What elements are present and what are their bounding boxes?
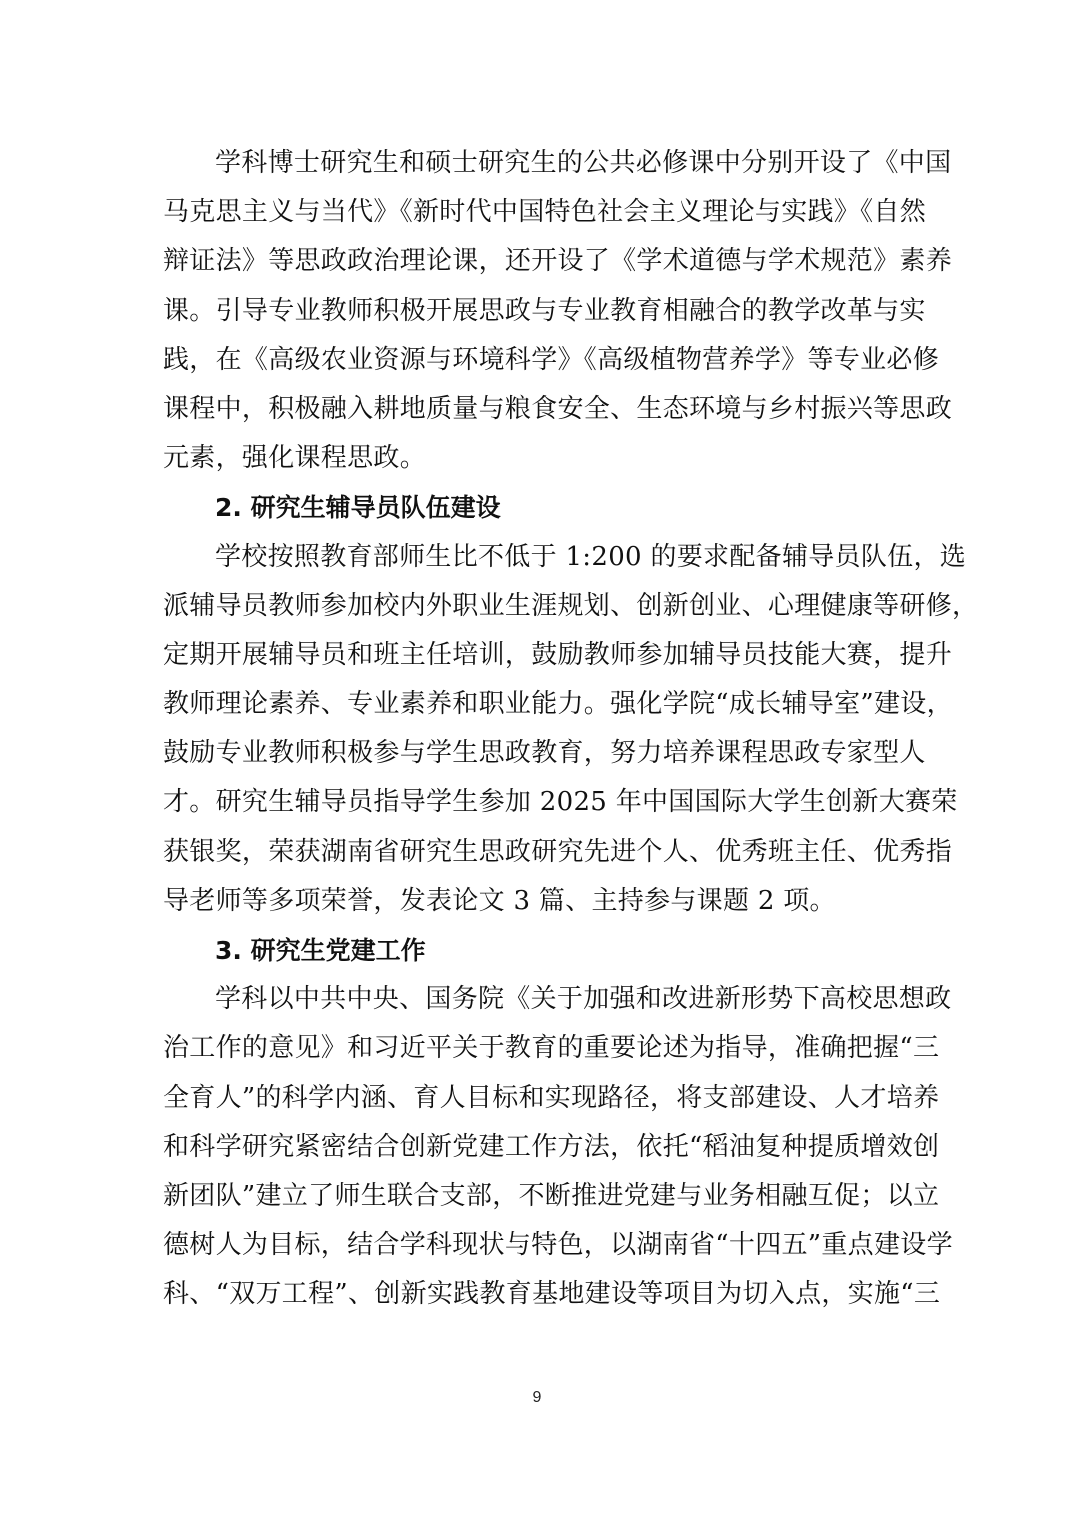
- text-line: 德树人为目标，结合学科现状与特色，以湖南省“十四五”重点建设学: [163, 1221, 915, 1270]
- text-line: 课。引导专业教师积极开展思政与专业教育相融合的教学改革与实: [163, 287, 915, 336]
- text-line: 治工作的意见》和习近平关于教育的重要论述为指导，准确把握“三: [163, 1024, 915, 1073]
- text-line: 新团队”建立了师生联合支部，不断推进党建与业务相融互促；以立: [163, 1172, 915, 1221]
- paragraph-counselor-team: 学校按照教育部师生比不低于 1:200 的要求配备辅导员队伍，选 派辅导员教师参…: [163, 533, 915, 927]
- text-line: 全育人”的科学内涵、育人目标和实现路径，将支部建设、人才培养: [163, 1074, 915, 1123]
- paragraph-course-ideology: 学科博士研究生和硕士研究生的公共必修课中分别开设了《中国 马克思主义与当代》《新…: [163, 139, 915, 483]
- text-line: 定期开展辅导员和班主任培训，鼓励教师参加辅导员技能大赛，提升: [163, 631, 915, 680]
- document-body: 学科博士研究生和硕士研究生的公共必修课中分别开设了《中国 马克思主义与当代》《新…: [163, 139, 915, 1320]
- paragraph-party-building: 学科以中共中央、国务院《关于加强和改进新形势下高校思想政 治工作的意见》和习近平…: [163, 975, 915, 1319]
- text-line: 教师理论素养、专业素养和职业能力。强化学院“成长辅导室”建设，: [163, 680, 915, 729]
- text-line: 才。研究生辅导员指导学生参加 2025 年中国国际大学生创新大赛荣: [163, 778, 915, 827]
- text-line: 学校按照教育部师生比不低于 1:200 的要求配备辅导员队伍，选: [163, 533, 915, 582]
- text-line: 派辅导员教师参加校内外职业生涯规划、创新创业、心理健康等研修，: [163, 582, 915, 631]
- text-line: 学科博士研究生和硕士研究生的公共必修课中分别开设了《中国: [163, 139, 915, 188]
- text-line: 鼓励专业教师积极参与学生思政教育，努力培养课程思政专家型人: [163, 729, 915, 778]
- text-line: 学科以中共中央、国务院《关于加强和改进新形势下高校思想政: [163, 975, 915, 1024]
- text-line: 马克思主义与当代》《新时代中国特色社会主义理论与实践》《自然: [163, 188, 915, 237]
- document-page: 学科博士研究生和硕士研究生的公共必修课中分别开设了《中国 马克思主义与当代》《新…: [0, 0, 1074, 1520]
- text-line: 和科学研究紧密结合创新党建工作方法，依托“稻油复种提质增效创: [163, 1123, 915, 1172]
- text-line: 课程中，积极融入耕地质量与粮食安全、生态环境与乡村振兴等思政: [163, 385, 915, 434]
- text-line: 辩证法》等思政政治理论课，还开设了《学术道德与学术规范》素养: [163, 237, 915, 286]
- text-line: 元素，强化课程思政。: [163, 434, 915, 483]
- section-heading-counselor-team: 2. 研究生辅导员队伍建设: [163, 483, 915, 532]
- section-heading-party-building: 3. 研究生党建工作: [163, 926, 915, 975]
- page-number: 9: [0, 1389, 1074, 1407]
- text-line: 导老师等多项荣誉，发表论文 3 篇、主持参与课题 2 项。: [163, 877, 915, 926]
- text-line: 科、“双万工程”、创新实践教育基地建设等项目为切入点，实施“三: [163, 1270, 915, 1319]
- text-line: 践，在《高级农业资源与环境科学》《高级植物营养学》等专业必修: [163, 336, 915, 385]
- text-line: 获银奖，荣获湖南省研究生思政研究先进个人、优秀班主任、优秀指: [163, 828, 915, 877]
